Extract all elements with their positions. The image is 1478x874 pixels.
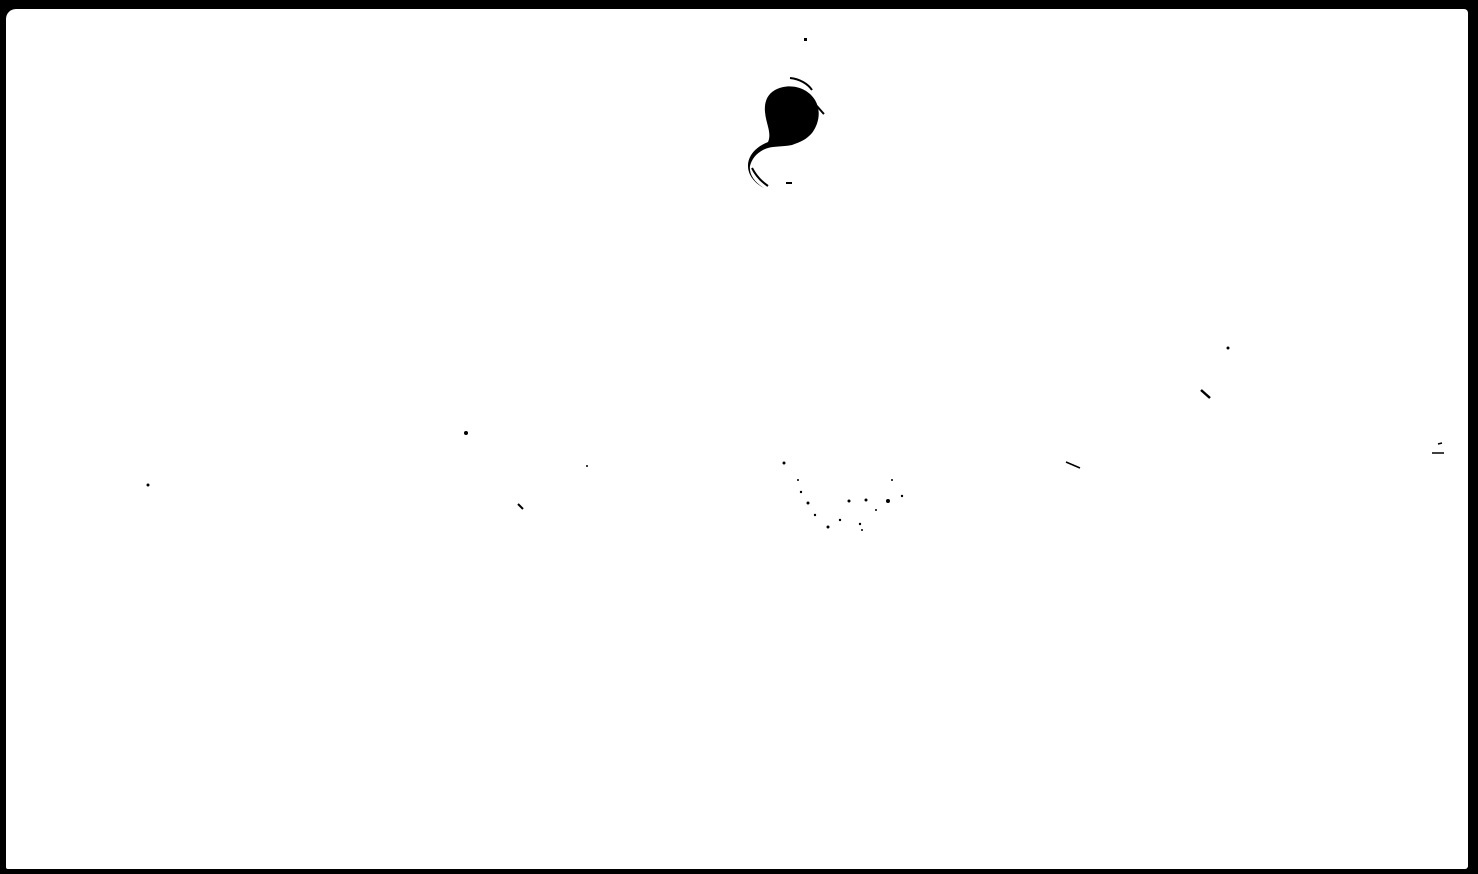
specks-arc	[797, 479, 903, 531]
black-background	[0, 0, 1478, 874]
dark-blob	[748, 38, 824, 188]
specks	[147, 347, 1445, 510]
marks-layer	[0, 0, 1478, 874]
